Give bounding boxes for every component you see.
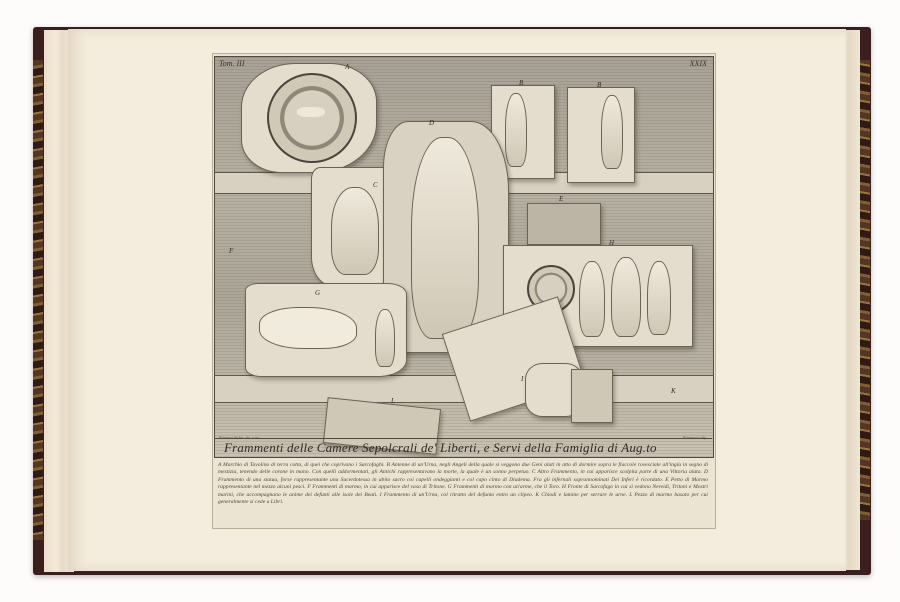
seal-roundel xyxy=(267,73,357,163)
plate-title-band: Frammenti delle Camere Sepolcrali de' Li… xyxy=(214,438,712,457)
priestess-figure xyxy=(411,137,479,339)
letter-f: F xyxy=(229,247,233,255)
winged-victory-figure xyxy=(331,187,379,275)
cupid-figure-left xyxy=(505,93,527,167)
letter-c: C xyxy=(373,181,378,189)
nereid-figure-3 xyxy=(647,261,671,335)
attendant-figure xyxy=(375,309,395,367)
letter-i: I xyxy=(521,375,523,383)
letter-d: D xyxy=(429,119,434,127)
letter-e: E xyxy=(559,195,563,203)
letter-k: K xyxy=(671,387,676,395)
fragment-e-plaque xyxy=(527,203,601,245)
letter-g: G xyxy=(315,289,320,297)
letter-b-right: B xyxy=(597,81,601,89)
book-photograph: Tom. III XXIX xyxy=(0,0,900,602)
plate-title: Frammenti delle Camere Sepolcrali de' Li… xyxy=(224,440,657,456)
nereid-figure-1 xyxy=(579,261,605,337)
marbled-edge-left xyxy=(33,60,43,540)
letter-b-left: B xyxy=(519,79,523,87)
cupid-figure-right xyxy=(601,95,623,169)
nereid-figure-2 xyxy=(611,257,641,337)
hound-icon xyxy=(297,107,325,117)
fragment-small-right xyxy=(571,369,613,423)
bull-figure xyxy=(259,307,357,349)
letter-h: H xyxy=(609,239,614,247)
letter-l: L xyxy=(391,397,395,405)
volume-label: Tom. III xyxy=(219,59,244,68)
plate-caption: A Marchio di Tavolino di terra cotta, di… xyxy=(218,462,708,506)
letter-a: A xyxy=(345,63,349,71)
plate-number: XXIX xyxy=(690,59,707,68)
marbled-edge-right xyxy=(860,60,870,520)
engraving: Tom. III XXIX xyxy=(214,56,714,458)
